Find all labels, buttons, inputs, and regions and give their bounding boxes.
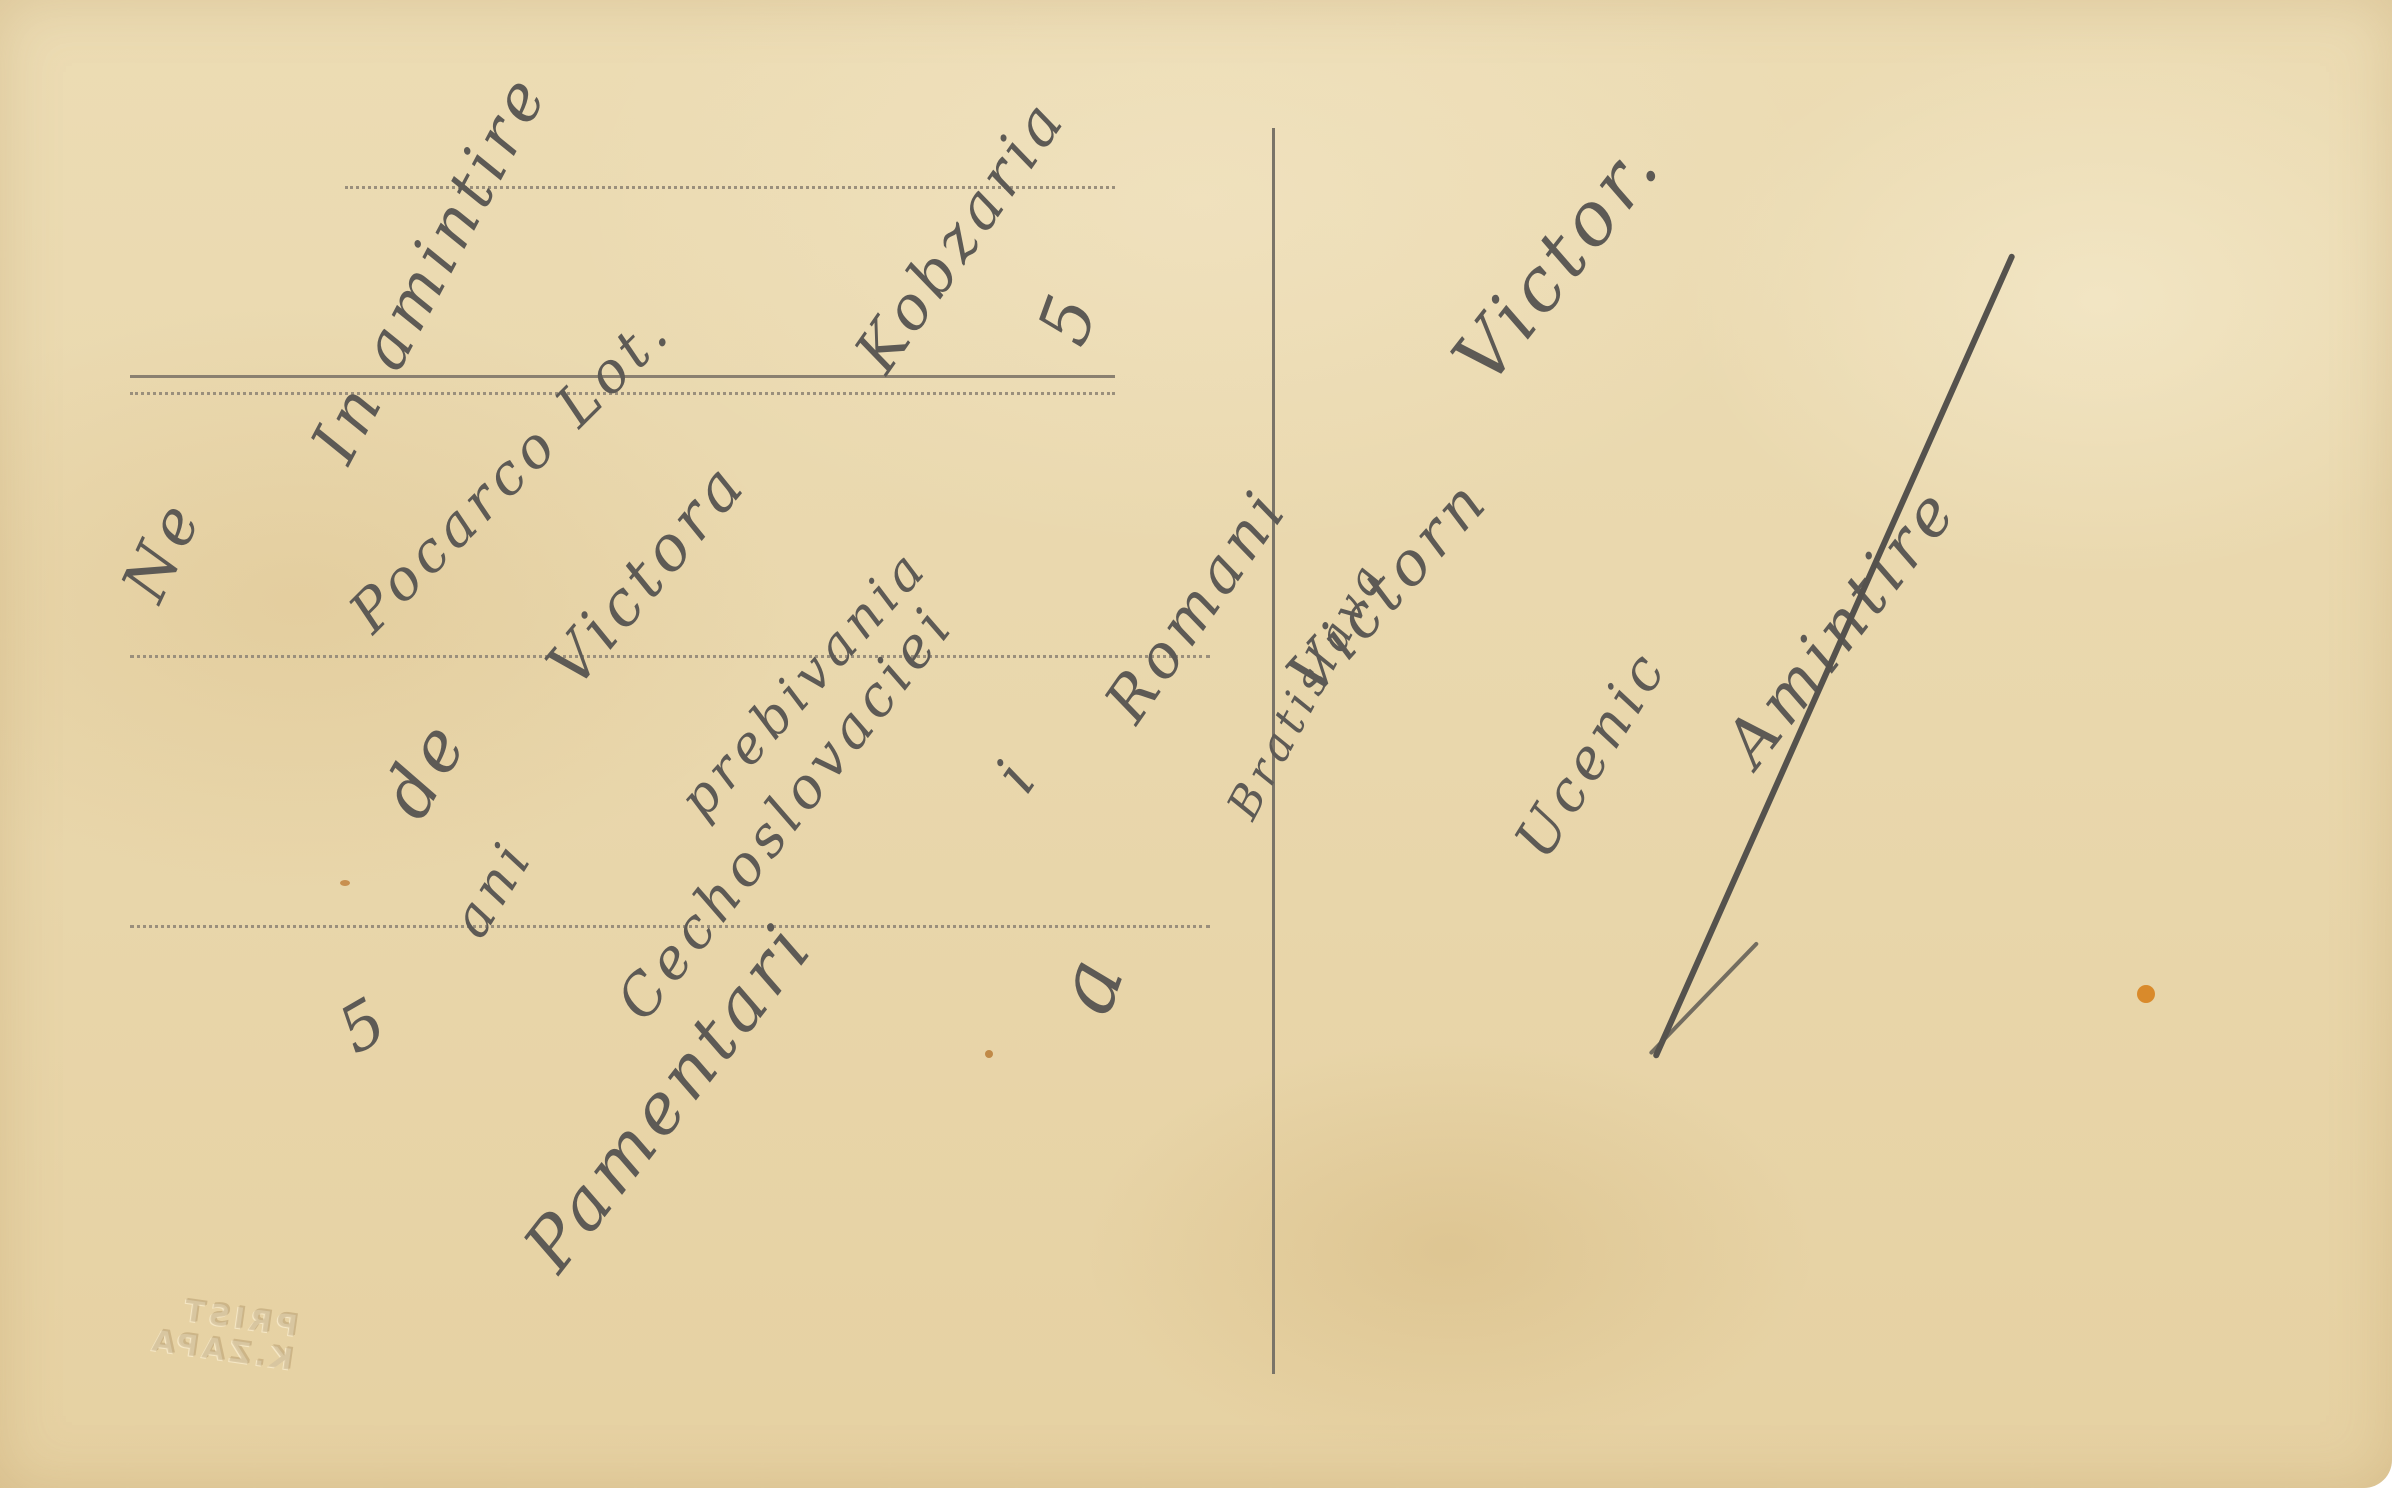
handwriting-line: ani [438, 828, 546, 948]
stain-spot [2137, 985, 2155, 1003]
handwriting-line: 5 [327, 982, 404, 1069]
handwriting-line: de [364, 705, 484, 831]
signature-stroke [1652, 253, 2015, 1059]
handwriting-line: i [981, 744, 1053, 805]
handwriting-line: Kobzaria [841, 85, 1080, 385]
handwriting-line: a [1034, 940, 1145, 1026]
emboss-stamp: PRIST K.ZAPA [146, 1290, 300, 1378]
handwriting-line: Victora [532, 447, 761, 700]
signature-tail [1649, 941, 1760, 1055]
handwriting-line: Romani [1091, 476, 1302, 736]
handwriting-line: Victor. [1436, 122, 1679, 399]
handwriting-line: Ucenic [1502, 638, 1681, 870]
stain-spot [985, 1050, 993, 1058]
handwriting-line: Victorn [1274, 465, 1503, 709]
handwriting-line: 5 [1021, 279, 1115, 355]
dotted-rule-3 [130, 655, 1210, 658]
postcard-back: In amintire Pocarco Lot. Kobzaria 5 Ne V… [0, 0, 2392, 1488]
handwriting-line: Ne [107, 488, 217, 612]
stain-spot [340, 880, 350, 886]
handwriting-line: Amintire [1711, 473, 1973, 780]
